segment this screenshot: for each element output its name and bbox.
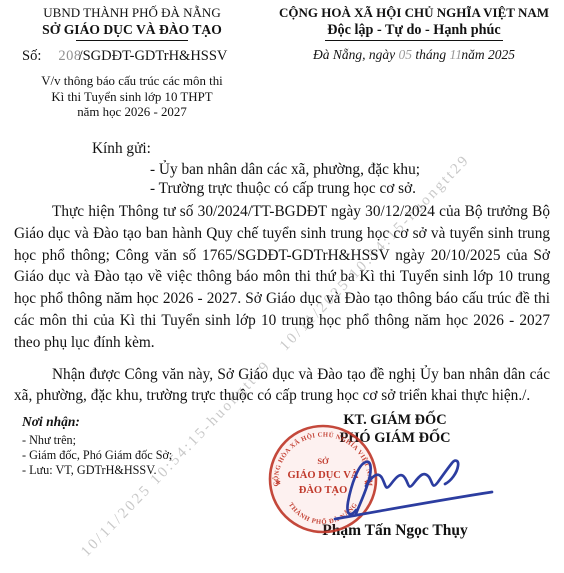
header-national: CỘNG HOÀ XÃ HỘI CHỦ NGHĨA VIỆT NAM Độc l… xyxy=(272,5,556,63)
date-mid: tháng xyxy=(412,47,450,62)
distribution-list: Nơi nhận: - Như trên; - Giám đốc, Phó Gi… xyxy=(22,414,172,477)
subject-line: Kì thi Tuyển sinh lớp 10 THPT xyxy=(6,90,258,106)
document-number-line: Số:208/SGDĐT-GDTrH&HSSV xyxy=(6,48,258,65)
recipient-line: - Trường trực thuộc có cấp trung học cơ … xyxy=(150,180,420,199)
header-issuing-org: UBND THÀNH PHỐ ĐÀ NẴNG SỞ GIÁO DỤC VÀ ĐÀ… xyxy=(6,5,258,121)
org-name: SỞ GIÁO DỤC VÀ ĐÀO TẠO xyxy=(6,21,258,38)
distribution-item: - Như trên; xyxy=(22,433,172,448)
subject-line: V/v thông báo cấu trúc các môn thi xyxy=(6,74,258,90)
date-day: 05 xyxy=(398,47,412,62)
salutation-block: Kính gửi: - Ủy ban nhân dân các xã, phườ… xyxy=(92,139,420,198)
distribution-label: Nơi nhận: xyxy=(22,414,172,430)
place-date-line: Đà Nẵng, ngày 05 tháng 11 năm 2025 xyxy=(272,47,556,63)
number-label: Số: xyxy=(22,48,41,64)
salutation-label: Kính gửi: xyxy=(92,139,420,158)
date-prefix: Đà Nẵng, ngày xyxy=(313,47,399,62)
distribution-item: - Giám đốc, Phó Giám đốc Sở; xyxy=(22,448,172,463)
signature-loop-stroke xyxy=(347,462,370,514)
distribution-item: - Lưu: VT, GDTrH&HSSV. xyxy=(22,463,172,478)
body-paragraph-1: Thực hiện Thông tư số 30/2024/TT-BGDĐT n… xyxy=(14,201,550,354)
date-suffix: năm 2025 xyxy=(458,47,515,62)
subject-line: năm học 2026 - 2027 xyxy=(6,105,258,121)
org-underline xyxy=(76,40,188,41)
parent-org-name: UBND THÀNH PHỐ ĐÀ NẴNG xyxy=(6,5,258,21)
slogan: Độc lập - Tự do - Hạnh phúc xyxy=(325,22,502,41)
document-subject: V/v thông báo cấu trúc các môn thi Kì th… xyxy=(6,74,258,121)
stamp-star-left-icon: ✱ xyxy=(275,479,281,487)
document-body: Thực hiện Thông tư số 30/2024/TT-BGDĐT n… xyxy=(14,201,550,407)
recipient-line: - Ủy ban nhân dân các xã, phường, đặc kh… xyxy=(150,161,420,180)
number-suffix: /SGDĐT-GDTrH&HSSV xyxy=(79,48,228,64)
national-motto: CỘNG HOÀ XÃ HỘI CHỦ NGHĨA VIỆT NAM xyxy=(272,5,556,21)
handwritten-signature xyxy=(290,438,502,530)
signature-wave-stroke xyxy=(366,461,458,488)
body-paragraph-2: Nhận được Công văn này, Sở Giáo dục và Đ… xyxy=(14,364,550,408)
